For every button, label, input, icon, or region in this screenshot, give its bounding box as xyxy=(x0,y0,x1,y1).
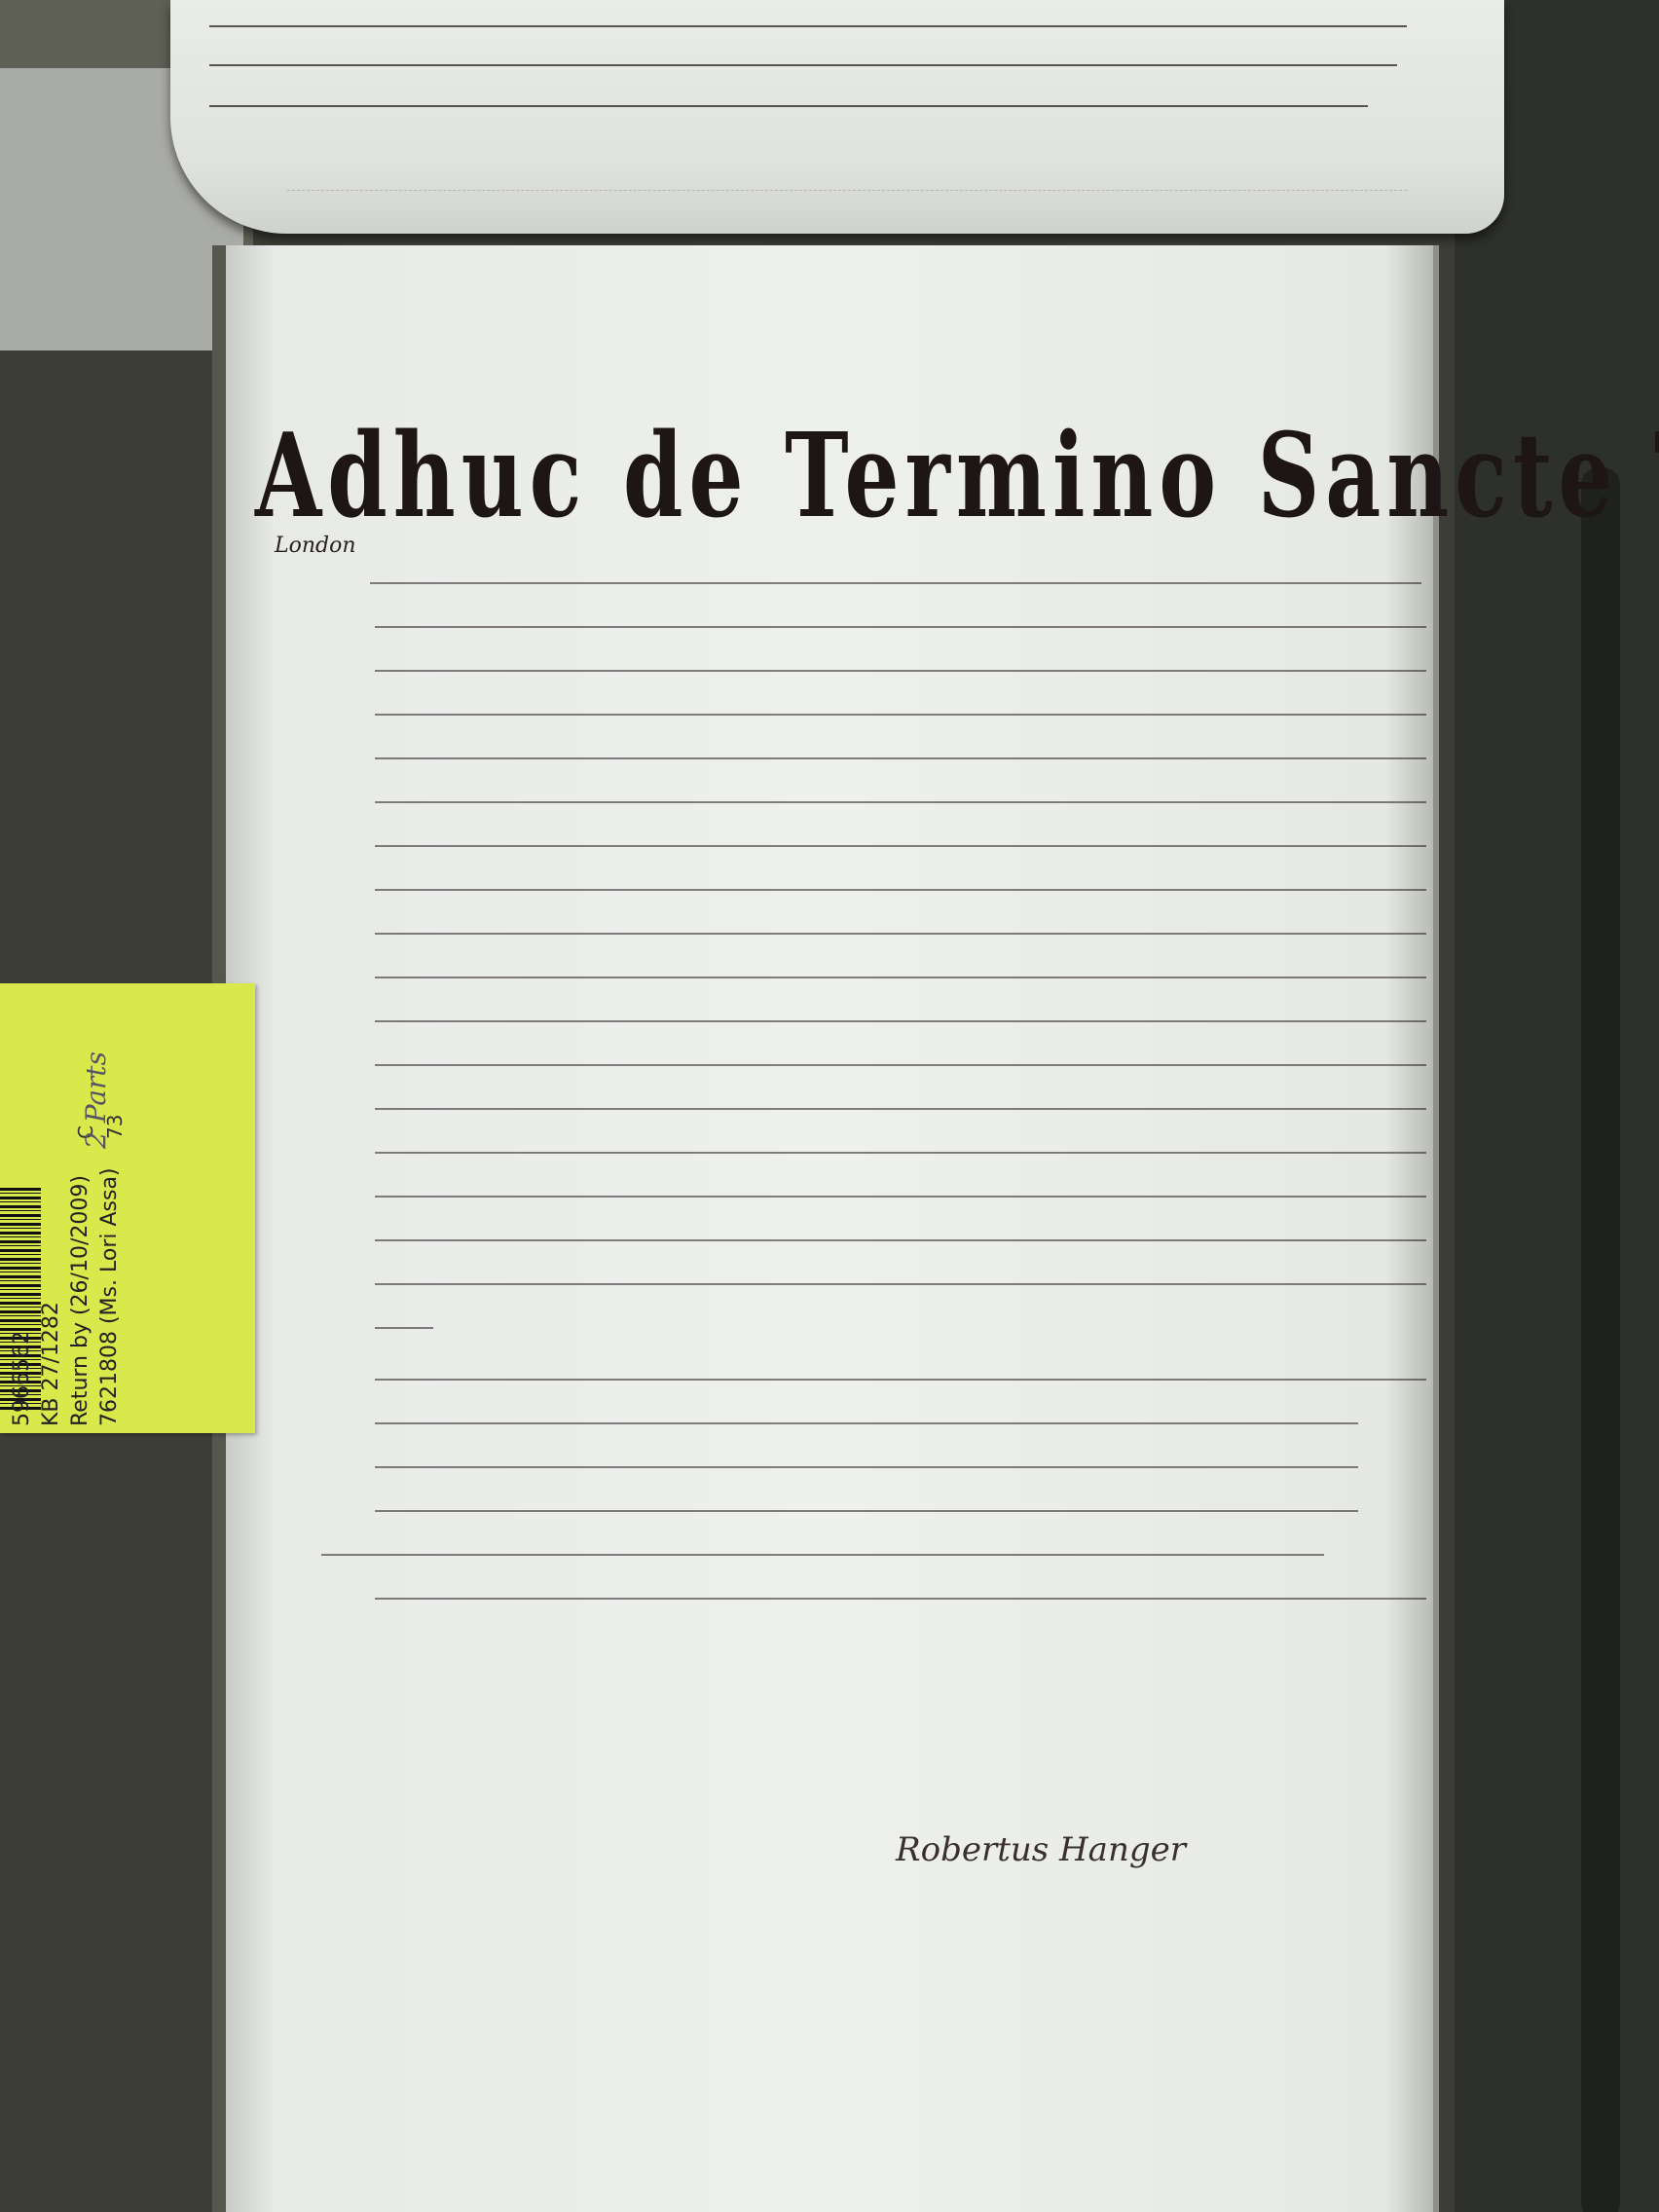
margin-note: London xyxy=(275,534,356,558)
text-line xyxy=(375,1405,1358,1426)
text-line xyxy=(375,1134,1426,1156)
return-date: Return by (26/10/2009) xyxy=(66,1167,95,1426)
text-line xyxy=(375,652,1426,674)
archive-label: C 73 2 Parts 5966562 KB 27/1282 Return b… xyxy=(0,983,255,1433)
text-line xyxy=(375,1309,433,1331)
text-line xyxy=(375,1580,1426,1602)
text-line xyxy=(375,784,1426,805)
text-line xyxy=(375,915,1426,937)
text-line xyxy=(375,1361,1426,1382)
text-line xyxy=(370,565,1421,586)
text-line xyxy=(375,1493,1358,1514)
text-line xyxy=(375,1047,1426,1068)
handwritten-note: 2 Parts xyxy=(80,1051,112,1149)
clerk-signature: Robertus Hanger xyxy=(896,1830,1186,1869)
label-text: 5966562 KB 27/1282 Return by (26/10/2009… xyxy=(8,1167,125,1426)
text-line xyxy=(375,1449,1358,1470)
text-line xyxy=(209,47,1397,66)
text-line xyxy=(375,1003,1426,1024)
text-line xyxy=(375,740,1426,761)
rolled-parchment-top xyxy=(170,0,1504,234)
roll-weight xyxy=(1581,467,1620,2212)
text-line xyxy=(375,1266,1426,1287)
text-line xyxy=(375,959,1426,980)
manuscript-heading: Adhuc de Termino Sancte Trinitatis xyxy=(255,407,1423,543)
background-right xyxy=(1455,0,1659,2212)
text-line xyxy=(209,88,1368,107)
text-line xyxy=(375,1178,1426,1199)
barcode-number: 5966562 xyxy=(8,1167,37,1426)
reader-id: 7621808 (Ms. Lori Assa) xyxy=(95,1167,125,1426)
text-line xyxy=(375,1090,1426,1112)
document-reference: KB 27/1282 xyxy=(37,1167,66,1426)
text-line xyxy=(375,696,1426,718)
text-line xyxy=(321,1536,1324,1558)
text-line xyxy=(209,8,1407,27)
faded-text xyxy=(287,161,1407,191)
text-line xyxy=(375,1222,1426,1243)
text-line xyxy=(375,871,1426,893)
text-line xyxy=(375,608,1426,630)
text-line xyxy=(375,828,1426,849)
